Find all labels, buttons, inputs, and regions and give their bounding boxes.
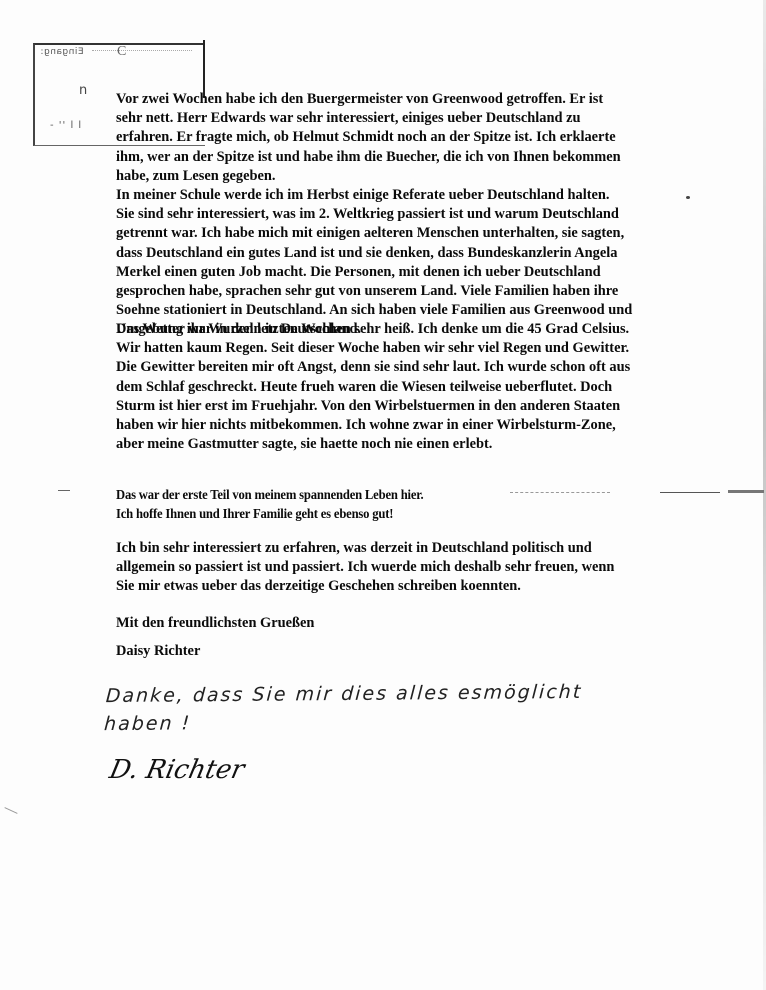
scan-speck bbox=[686, 196, 690, 199]
scan-mark bbox=[58, 490, 70, 491]
scan-mark bbox=[4, 807, 17, 814]
scan-mark bbox=[660, 492, 720, 493]
stamp-mark: C bbox=[117, 44, 126, 60]
typed-signature: Daisy Richter bbox=[116, 642, 676, 661]
scan-mark bbox=[728, 490, 764, 493]
letter-closing: Mit den freundlichsten Grueßen bbox=[116, 614, 676, 633]
handwritten-note: Danke, dass Sie mir dies alles esmöglich… bbox=[103, 678, 583, 738]
stamp-dotted-line bbox=[92, 50, 192, 51]
letter-paragraph-1: Vor zwei Wochen habe ich den Buergermeis… bbox=[116, 90, 676, 340]
stamp-mark: - '' l l bbox=[50, 120, 82, 131]
scan-mark bbox=[510, 492, 610, 494]
stamp-label: Eingang: bbox=[40, 47, 84, 57]
letter-paragraph-4: Ich bin sehr interessiert zu erfahren, w… bbox=[116, 539, 676, 597]
handwritten-signature: D. Richter bbox=[107, 755, 247, 785]
letter-paragraph-3: Das war der erste Teil von meinem spanne… bbox=[116, 485, 637, 523]
stamp-mark: n bbox=[79, 83, 87, 98]
scanned-letter-page: Eingang: C n - '' l l Vor zwei Wochen ha… bbox=[0, 0, 766, 990]
letter-paragraph-2: Das Wetter war in den letzten Wochen seh… bbox=[116, 320, 676, 454]
